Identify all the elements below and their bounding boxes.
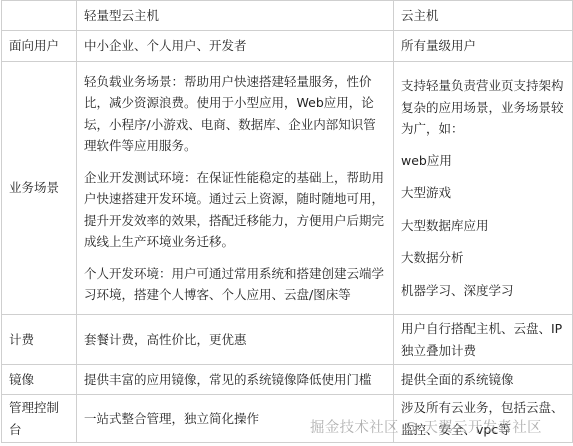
row-label-console: 管理控制台 <box>2 395 77 443</box>
table-row-target-users: 面向用户 中小企业、个人用户、开发者 所有量级用户 <box>2 31 573 62</box>
scenario-personal-dev: 个人开发环境：用户可通过常用系统和搭建创建云端学习环境，搭建个人博客、个人应用、… <box>84 263 387 306</box>
scenario-light-load: 轻负载业务场景：帮助用户快速搭建轻量服务，性价比，减少资源浪费。使用于小型应用，… <box>84 71 387 157</box>
table-header-row: 轻量型云主机 云主机 <box>2 1 573 31</box>
cell-light-billing: 套餐计费，高性价比，更优惠 <box>77 315 394 365</box>
cell-cloud-scenarios: 支持轻量负责营业页支持架构复杂的应用场景，业务场景较为广，如： web应用 大型… <box>394 62 573 315</box>
cell-cloud-console: 涉及所有云业务，包括云盘、监控、安全、vpc等 <box>394 395 573 443</box>
scenario-cloud-item: 大型数据库应用 <box>401 215 566 237</box>
scenario-cloud-intro: 支持轻量负责营业页支持架构复杂的应用场景，业务场景较为广，如： <box>401 75 566 140</box>
row-label-image: 镜像 <box>2 365 77 395</box>
table-row-scenarios: 业务场景 轻负载业务场景：帮助用户快速搭建轻量服务，性价比，减少资源浪费。使用于… <box>2 62 573 315</box>
cell-cloud-image: 提供全面的系统镜像 <box>394 365 573 395</box>
scenario-cloud-item: web应用 <box>401 150 566 172</box>
cell-cloud-target-users: 所有量级用户 <box>394 31 573 62</box>
scenario-cloud-item: 大型游戏 <box>401 182 566 204</box>
cell-light-image: 提供丰富的应用镜像，常见的系统镜像降低使用门槛 <box>77 365 394 395</box>
scenario-enterprise-dev-test: 企业开发测试环境：在保证性能稳定的基础上，帮助用户快速搭建开发环境。通过云上资源… <box>84 167 387 253</box>
scenario-cloud-item: 大数据分析 <box>401 247 566 269</box>
scenario-cloud-item: 机器学习、深度学习 <box>401 280 566 302</box>
cell-light-scenarios: 轻负载业务场景：帮助用户快速搭建轻量服务，性价比，减少资源浪费。使用于小型应用，… <box>77 62 394 315</box>
row-label-scenarios: 业务场景 <box>2 62 77 315</box>
header-cell-light-host: 轻量型云主机 <box>77 1 394 31</box>
table-row-image: 镜像 提供丰富的应用镜像，常见的系统镜像降低使用门槛 提供全面的系统镜像 <box>2 365 573 395</box>
cell-light-target-users: 中小企业、个人用户、开发者 <box>77 31 394 62</box>
row-label-billing: 计费 <box>2 315 77 365</box>
comparison-table: 轻量型云主机 云主机 面向用户 中小企业、个人用户、开发者 所有量级用户 业务场… <box>1 0 573 443</box>
header-cell-empty <box>2 1 77 31</box>
table-row-console: 管理控制台 一站式整合管理，独立简化操作 涉及所有云业务，包括云盘、监控、安全、… <box>2 395 573 443</box>
row-label-target-users: 面向用户 <box>2 31 77 62</box>
cell-light-console: 一站式整合管理，独立简化操作 <box>77 395 394 443</box>
table-row-billing: 计费 套餐计费，高性价比，更优惠 用户自行搭配主机、云盘、IP独立叠加计费 <box>2 315 573 365</box>
cell-cloud-billing: 用户自行搭配主机、云盘、IP独立叠加计费 <box>394 315 573 365</box>
header-cell-cloud-host: 云主机 <box>394 1 573 31</box>
